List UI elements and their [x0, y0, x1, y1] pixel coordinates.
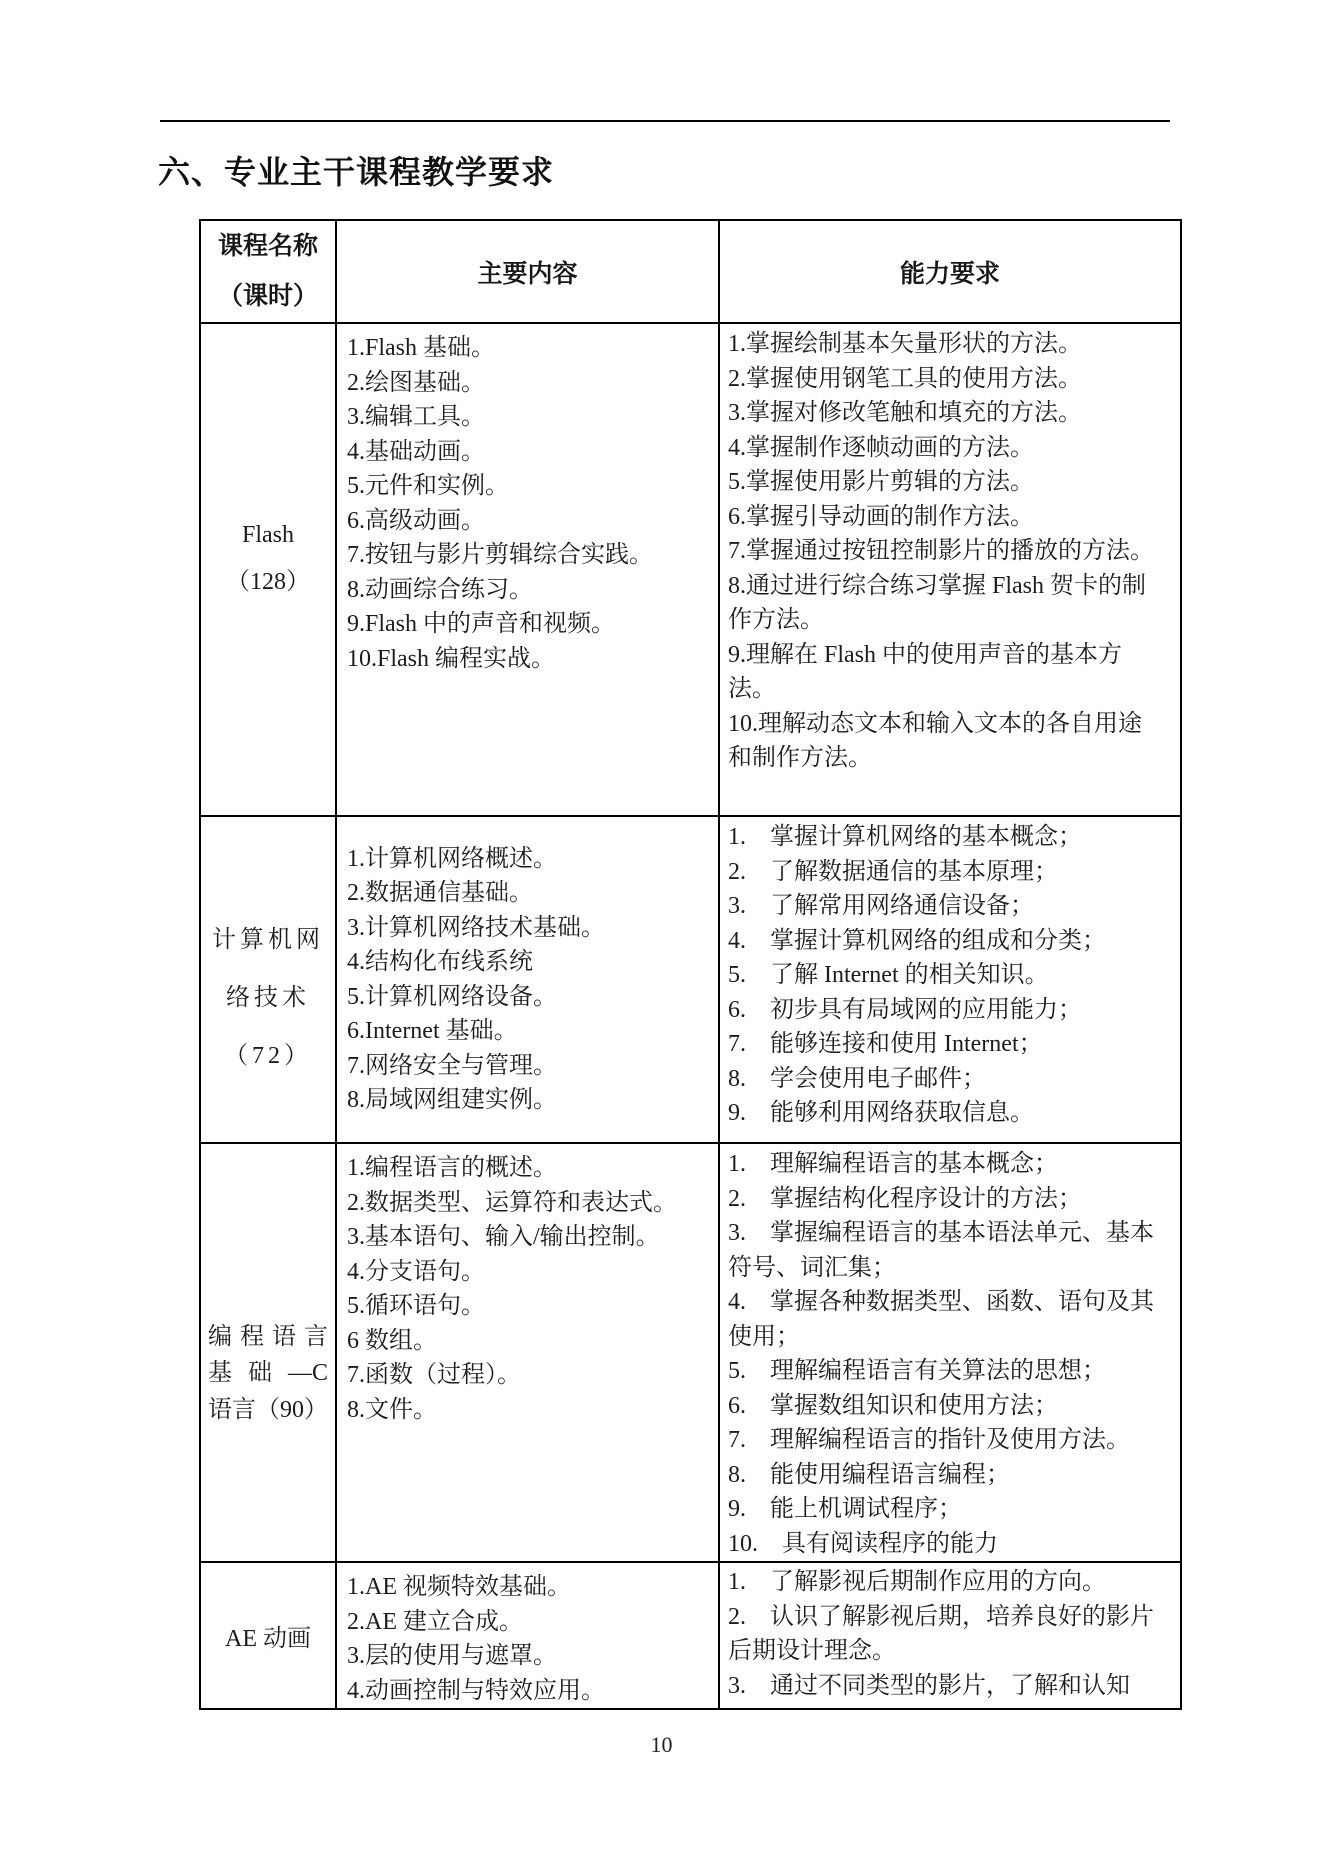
ability-item: 2. 掌握结构化程序设计的方法；	[728, 1182, 1164, 1217]
course-name-cell: AE 动画	[200, 1562, 336, 1709]
ability-item: 3. 通过不同类型的影片，了解和认知	[728, 1669, 1164, 1704]
document-page: 六、专业主干课程教学要求 课程名称（课时） 主要内容 能力要求 Flash（12…	[0, 0, 1323, 1871]
content-item: 7.网络安全与管理。	[347, 1049, 712, 1084]
header-ability-cell: 能力要求	[719, 220, 1181, 323]
content-item: 4.分支语句。	[347, 1255, 712, 1290]
content-item: 1.Flash 基础。	[347, 331, 712, 366]
course-requirements-table: 课程名称（课时） 主要内容 能力要求 Flash（128） 1.Flash 基础…	[199, 219, 1182, 1710]
header-rule	[160, 120, 1170, 122]
content-item: 4.动画控制与特效应用。	[347, 1674, 712, 1709]
ability-item: 6. 初步具有局域网的应用能力；	[728, 993, 1164, 1028]
content-item: 5.循环语句。	[347, 1289, 712, 1324]
ability-item: 4. 掌握计算机网络的组成和分类；	[728, 924, 1164, 959]
course-name-line: （72）	[207, 1027, 329, 1085]
ability-item: 7. 理解编程语言的指针及使用方法。	[728, 1423, 1164, 1458]
ability-cell: 1.掌握绘制基本矢量形状的方法。2.掌握使用钢笔工具的使用方法。3.掌握对修改笔…	[719, 323, 1181, 816]
ability-cell: 1. 理解编程语言的基本概念；2. 掌握结构化程序设计的方法；3. 掌握编程语言…	[719, 1143, 1181, 1562]
ability-cell: 1. 了解影视后期制作应用的方向。2. 认识了解影视后期，培养良好的影片后期设计…	[719, 1562, 1181, 1709]
ability-item: 1. 理解编程语言的基本概念；	[728, 1147, 1164, 1182]
ability-item: 3.掌握对修改笔触和填充的方法。	[728, 396, 1164, 431]
ability-item: 10.理解动态文本和输入文本的各自用途和制作方法。	[728, 707, 1164, 776]
ability-item: 3. 了解常用网络通信设备；	[728, 889, 1164, 924]
content-item: 8.局域网组建实例。	[347, 1083, 712, 1118]
ability-item: 4. 掌握各种数据类型、函数、语句及其使用；	[728, 1285, 1164, 1354]
course-name-line: 络技术	[207, 969, 329, 1027]
content-item: 3.编辑工具。	[347, 400, 712, 435]
content-item: 10.Flash 编程实战。	[347, 642, 712, 677]
ability-item: 5. 了解 Internet 的相关知识。	[728, 958, 1164, 993]
ability-item: 1. 了解影视后期制作应用的方向。	[728, 1565, 1164, 1600]
content-item: 8.动画综合练习。	[347, 573, 712, 608]
content-item: 8.文件。	[347, 1393, 712, 1428]
content-item: 4.结构化布线系统	[347, 945, 712, 980]
ability-item: 8. 能使用编程语言编程；	[728, 1458, 1164, 1493]
ability-cell: 1. 掌握计算机网络的基本概念；2. 了解数据通信的基本原理；3. 了解常用网络…	[719, 816, 1181, 1143]
content-item: 7.函数（过程）。	[347, 1358, 712, 1393]
ability-item: 9.理解在 Flash 中的使用声音的基本方法。	[728, 638, 1164, 707]
course-name-line: Flash	[207, 512, 329, 559]
course-name-line: 编程语言	[208, 1319, 328, 1356]
section-title: 六、专业主干课程教学要求	[158, 147, 554, 193]
ability-item: 8. 学会使用电子邮件；	[728, 1062, 1164, 1097]
content-item: 3.基本语句、输入/输出控制。	[347, 1220, 712, 1255]
ability-item: 9. 能上机调试程序；	[728, 1492, 1164, 1527]
ability-item: 3. 掌握编程语言的基本语法单元、基本符号、词汇集；	[728, 1216, 1164, 1285]
header-line: （课时）	[201, 272, 335, 322]
content-item: 5.计算机网络设备。	[347, 980, 712, 1015]
table-row-network: 计算机网络技术（72） 1.计算机网络概述。2.数据通信基础。3.计算机网络技术…	[200, 816, 1181, 1143]
main-content-cell: 1.AE 视频特效基础。2.AE 建立合成。3.层的使用与遮罩。4.动画控制与特…	[336, 1562, 719, 1709]
content-item: 7.按钮与影片剪辑综合实践。	[347, 538, 712, 573]
content-item: 1.AE 视频特效基础。	[347, 1570, 712, 1605]
content-item: 2.数据类型、运算符和表达式。	[347, 1186, 712, 1221]
ability-item: 10. 具有阅读程序的能力	[728, 1527, 1164, 1562]
content-item: 1.计算机网络概述。	[347, 842, 712, 877]
ability-item: 1. 掌握计算机网络的基本概念；	[728, 820, 1164, 855]
header-course-name-cell: 课程名称（课时）	[200, 220, 336, 323]
ability-item: 6. 掌握数组知识和使用方法；	[728, 1389, 1164, 1424]
content-item: 1.编程语言的概述。	[347, 1151, 712, 1186]
ability-item: 1.掌握绘制基本矢量形状的方法。	[728, 327, 1164, 362]
ability-item: 5.掌握使用影片剪辑的方法。	[728, 465, 1164, 500]
table-row-ae-animation: AE 动画 1.AE 视频特效基础。2.AE 建立合成。3.层的使用与遮罩。4.…	[200, 1562, 1181, 1709]
ability-item: 2. 了解数据通信的基本原理；	[728, 855, 1164, 890]
header-line: 课程名称	[201, 222, 335, 272]
ability-item: 5. 理解编程语言有关算法的思想；	[728, 1354, 1164, 1389]
content-item: 2.绘图基础。	[347, 366, 712, 401]
ability-item: 4.掌握制作逐帧动画的方法。	[728, 431, 1164, 466]
ability-item: 2.掌握使用钢笔工具的使用方法。	[728, 362, 1164, 397]
content-item: 6.高级动画。	[347, 504, 712, 539]
content-item: 6.Internet 基础。	[347, 1014, 712, 1049]
ability-item: 9. 能够利用网络获取信息。	[728, 1096, 1164, 1131]
course-name-line: 基础—C	[208, 1355, 328, 1392]
content-item: 5.元件和实例。	[347, 469, 712, 504]
content-item: 4.基础动画。	[347, 435, 712, 470]
main-content-cell: 1.计算机网络概述。2.数据通信基础。3.计算机网络技术基础。4.结构化布线系统…	[336, 816, 719, 1143]
content-item: 2.数据通信基础。	[347, 876, 712, 911]
ability-item: 7. 能够连接和使用 Internet；	[728, 1027, 1164, 1062]
main-content-cell: 1.编程语言的概述。2.数据类型、运算符和表达式。3.基本语句、输入/输出控制。…	[336, 1143, 719, 1562]
main-content-cell: 1.Flash 基础。2.绘图基础。3.编辑工具。4.基础动画。5.元件和实例。…	[336, 323, 719, 816]
header-main-content-cell: 主要内容	[336, 220, 719, 323]
course-name-cell: 编程语言基础—C语言（90）	[200, 1143, 336, 1562]
course-name-line: 计算机网	[207, 911, 329, 969]
course-name-line: 语言（90）	[208, 1392, 328, 1429]
ability-item: 2. 认识了解影视后期，培养良好的影片后期设计理念。	[728, 1600, 1164, 1669]
course-name-cell: Flash（128）	[200, 323, 336, 816]
table-row-c-language: 编程语言基础—C语言（90） 1.编程语言的概述。2.数据类型、运算符和表达式。…	[200, 1143, 1181, 1562]
ability-item: 8.通过进行综合练习掌握 Flash 贺卡的制作方法。	[728, 569, 1164, 638]
ability-item: 6.掌握引导动画的制作方法。	[728, 500, 1164, 535]
page-number: 10	[0, 1732, 1323, 1758]
table-header-row: 课程名称（课时） 主要内容 能力要求	[200, 220, 1181, 323]
content-item: 3.计算机网络技术基础。	[347, 911, 712, 946]
content-item: 9.Flash 中的声音和视频。	[347, 607, 712, 642]
table-row-flash: Flash（128） 1.Flash 基础。2.绘图基础。3.编辑工具。4.基础…	[200, 323, 1181, 816]
course-name-cell: 计算机网络技术（72）	[200, 816, 336, 1143]
content-item: 6 数组。	[347, 1324, 712, 1359]
course-name-line: （128）	[207, 559, 329, 606]
ability-item: 7.掌握通过按钮控制影片的播放的方法。	[728, 534, 1164, 569]
content-item: 2.AE 建立合成。	[347, 1605, 712, 1640]
course-name-line: AE 动画	[207, 1618, 329, 1653]
content-item: 3.层的使用与遮罩。	[347, 1639, 712, 1674]
